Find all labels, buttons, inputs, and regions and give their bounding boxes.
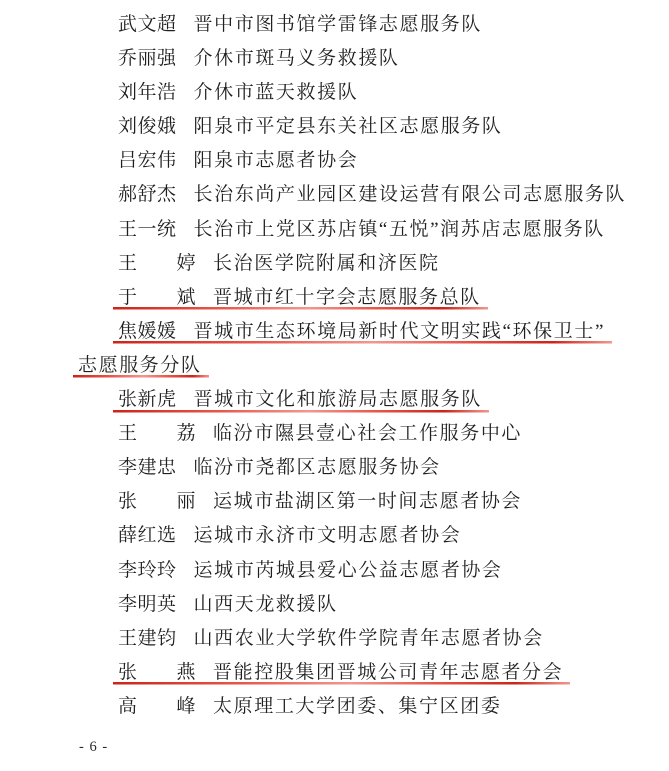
org-name: 运城市永济市文明志愿者协会 [194,525,462,546]
list-row: 吕宏伟阳泉市志愿者协会 [0,144,669,178]
person-name: 于 斌 [118,281,196,315]
list-row: 张新虎晋城市文化和旅游局志愿服务队 [0,383,669,417]
org-name: 临汾市尧都区志愿服务协会 [194,457,441,478]
list-row: 王 婷长治医学院附属和济医院 [0,247,669,281]
list-row: 张 丽运城市盐湖区第一时间志愿者协会 [0,485,669,519]
org-name: 介休市斑马义务救援队 [194,48,400,69]
person-name: 李建忠 [118,451,177,485]
roster-entry: 李建忠临汾市尧都区志愿服务协会 [118,457,441,478]
document-page: 武文超晋中市图书馆学雷锋志愿服务队乔丽强介休市斑马义务救援队刘年浩介休市蓝天救援… [0,0,669,771]
roster-entry: 吕宏伟阳泉市志愿者协会 [118,150,358,171]
person-name: 王一统 [118,213,177,247]
list-row: 李建忠临汾市尧都区志愿服务协会 [0,451,669,485]
list-row: 武文超晋中市图书馆学雷锋志愿服务队 [0,8,669,42]
roster-entry: 志愿服务分队 [73,355,209,381]
person-name: 乔丽强 [118,42,177,76]
roster-entry: 张 丽运城市盐湖区第一时间志愿者协会 [118,491,522,512]
roster-entry: 张 燕晋能控股集团晋城公司青年志愿者分会 [113,662,570,688]
roster-list: 武文超晋中市图书馆学雷锋志愿服务队乔丽强介休市斑马义务救援队刘年浩介休市蓝天救援… [0,8,669,724]
org-name: 阳泉市平定县东关社区志愿服务队 [194,116,503,137]
org-name: 运城市盐湖区第一时间志愿者协会 [213,491,522,512]
org-name: 临汾市隰县壹心社会工作服务中心 [213,423,522,444]
person-name: 刘俊娥 [118,110,177,144]
list-row: 李明英山西天龙救援队 [0,588,669,622]
list-row: 王 荔临汾市隰县壹心社会工作服务中心 [0,417,669,451]
person-name: 高 峰 [118,690,196,724]
org-name: 运城市芮城县爱心公益志愿者协会 [194,560,503,581]
list-row: 志愿服务分队 [0,349,669,383]
person-name: 吕宏伟 [118,144,177,178]
org-name: 晋城市生态环境局新时代文明实践“环保卫士” [194,321,605,342]
roster-entry: 武文超晋中市图书馆学雷锋志愿服务队 [118,14,482,35]
person-name: 刘年浩 [118,76,177,110]
roster-entry: 王 荔临汾市隰县壹心社会工作服务中心 [118,423,522,444]
roster-entry: 刘俊娥阳泉市平定县东关社区志愿服务队 [118,116,503,137]
list-row: 高 峰太原理工大学团委、集宁区团委 [0,690,669,724]
list-row: 于 斌晋城市红十字会志愿服务总队 [0,281,669,315]
list-row: 郝舒杰长治东尚产业园区建设运营有限公司志愿服务队 [0,178,669,212]
roster-entry: 刘年浩介休市蓝天救援队 [118,82,358,103]
roster-entry: 王 婷长治医学院附属和济医院 [118,253,440,274]
roster-entry: 郝舒杰长治东尚产业园区建设运营有限公司志愿服务队 [118,184,626,205]
person-name: 王 婷 [118,247,196,281]
roster-entry: 焦媛媛晋城市生态环境局新时代文明实践“环保卫士” [113,321,612,347]
org-name: 长治东尚产业园区建设运营有限公司志愿服务队 [194,184,627,205]
org-name: 晋城市文化和旅游局志愿服务队 [194,389,482,410]
person-name: 张 丽 [118,485,196,519]
org-name: 阳泉市志愿者协会 [194,150,359,171]
person-name: 武文超 [118,8,177,42]
list-row: 薛红选运城市永济市文明志愿者协会 [0,519,669,553]
list-row: 焦媛媛晋城市生态环境局新时代文明实践“环保卫士” [0,315,669,349]
roster-entry: 李明英山西天龙救援队 [118,594,338,615]
person-name: 李明英 [118,588,177,622]
roster-entry: 张新虎晋城市文化和旅游局志愿服务队 [113,389,489,415]
person-name: 焦媛媛 [118,315,177,349]
roster-entry: 李玲玲运城市芮城县爱心公益志愿者协会 [118,560,503,581]
org-name: 长治市上党区苏店镇“五悦”润苏店志愿服务队 [194,219,605,240]
roster-entry: 高 峰太原理工大学团委、集宁区团委 [118,696,501,717]
roster-entry: 于 斌晋城市红十字会志愿服务总队 [113,287,488,313]
roster-entry: 乔丽强介休市斑马义务救援队 [118,48,400,69]
org-name: 介休市蓝天救援队 [194,82,359,103]
org-name: 山西天龙救援队 [194,594,338,615]
list-row: 李玲玲运城市芮城县爱心公益志愿者协会 [0,554,669,588]
list-row: 刘年浩介休市蓝天救援队 [0,76,669,110]
page-number: - 6 - [79,739,108,756]
person-name: 王建钧 [118,622,177,656]
roster-entry: 王一统长治市上党区苏店镇“五悦”润苏店志愿服务队 [118,219,605,240]
list-row: 王建钧山西农业大学软件学院青年志愿者协会 [0,622,669,656]
person-name: 王 荔 [118,417,196,451]
org-name: 长治医学院附属和济医院 [213,253,440,274]
org-name-continuation: 志愿服务分队 [78,355,202,376]
org-name: 太原理工大学团委、集宁区团委 [213,696,501,717]
org-name: 晋能控股集团晋城公司青年志愿者分会 [213,662,563,683]
person-name: 李玲玲 [118,554,177,588]
org-name: 山西农业大学软件学院青年志愿者协会 [194,628,544,649]
org-name: 晋城市红十字会志愿服务总队 [213,287,481,308]
person-name: 薛红选 [118,519,177,553]
list-row: 乔丽强介休市斑马义务救援队 [0,42,669,76]
roster-entry: 薛红选运城市永济市文明志愿者协会 [118,525,461,546]
person-name: 张新虎 [118,383,177,417]
person-name: 郝舒杰 [118,178,177,212]
roster-entry: 王建钧山西农业大学软件学院青年志愿者协会 [118,628,544,649]
person-name: 张 燕 [118,656,196,690]
list-row: 张 燕晋能控股集团晋城公司青年志愿者分会 [0,656,669,690]
list-row: 刘俊娥阳泉市平定县东关社区志愿服务队 [0,110,669,144]
list-row: 王一统长治市上党区苏店镇“五悦”润苏店志愿服务队 [0,213,669,247]
org-name: 晋中市图书馆学雷锋志愿服务队 [194,14,482,35]
